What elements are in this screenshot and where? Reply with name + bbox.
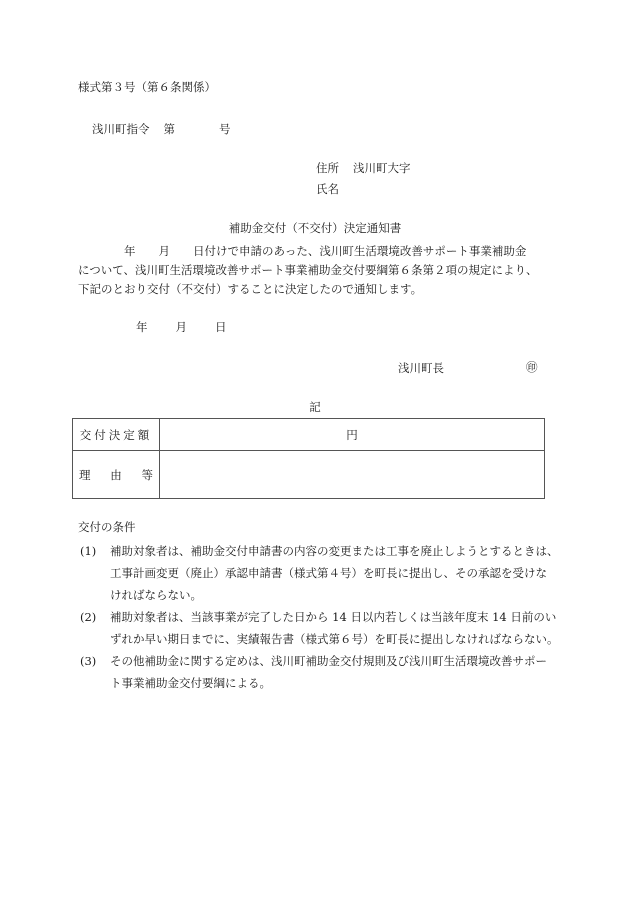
condition-line: ければならない。 [110, 584, 559, 606]
amount-value-cell: 円 [160, 419, 545, 451]
conditions-list: (1) 補助対象者は、補助金交付申請書の内容の変更または工事を廃止しようとすると… [80, 540, 555, 694]
amount-label: 交付決定額 [80, 428, 153, 442]
form-number: 様式第３号（第６条関係） [78, 82, 216, 94]
table-row: 交付決定額 円 [73, 419, 545, 451]
document-title: 補助金交付（不交付）決定通知書 [0, 223, 630, 235]
ki-heading: 記 [0, 402, 630, 414]
body-line: 年 月 日付けで申請のあった、浅川町生活環境改善サポート事業補助金 [78, 242, 548, 261]
recipient-address: 住所浅川町大字 [316, 163, 411, 175]
date-day: 日 [215, 320, 227, 334]
body-line: について、浅川町生活環境改善サポート事業補助金交付要綱第６条第２項の規定により、 [78, 261, 548, 280]
condition-line: 工事計画変更（廃止）承認申請書（様式第４号）を町長に提出し、その承認を受けな [110, 562, 559, 584]
table-row: 理 由 等 [73, 451, 545, 499]
condition-item: (2) 補助対象者は、当該事業が完了した日から 14 日以内若しくは当該年度末 … [80, 606, 555, 650]
date-year: 年 [136, 320, 148, 334]
condition-line: ずれか早い期日までに、実績報告書（様式第６号）を町長に提出しなければならない。 [110, 628, 559, 650]
condition-number: (3) [80, 650, 110, 694]
body-line: 下記のとおり交付（不交付）することに決定したので通知します。 [78, 280, 548, 299]
condition-item: (3) その他補助金に関する定めは、浅川町補助金交付規則及び浅川町生活環境改善サ… [80, 650, 555, 694]
condition-number: (1) [80, 540, 110, 606]
reference-dai: 第 [164, 122, 176, 136]
address-label: 住所 [316, 161, 339, 175]
conditions-heading: 交付の条件 [78, 522, 136, 534]
reference-go: 号 [219, 122, 231, 136]
seal-icon: ㊞ [526, 362, 538, 374]
reason-label-part: 由 [110, 467, 122, 483]
condition-line: 補助対象者は、補助金交付申請書の内容の変更または工事を廃止しようとするときは、 [110, 540, 559, 562]
reason-label-cell: 理 由 等 [73, 451, 160, 499]
condition-line: その他補助金に関する定めは、浅川町補助金交付規則及び浅川町生活環境改善サポー [110, 650, 555, 672]
condition-line: 補助対象者は、当該事業が完了した日から 14 日以内若しくは当該年度末 14 日… [110, 606, 559, 628]
reason-value-cell [160, 451, 545, 499]
reference-number: 浅川町指令第号 [92, 124, 231, 136]
condition-number: (2) [80, 606, 110, 650]
reference-prefix: 浅川町指令 [92, 122, 150, 136]
condition-item: (1) 補助対象者は、補助金交付申請書の内容の変更または工事を廃止しようとすると… [80, 540, 555, 606]
reason-label-part: 理 [79, 467, 91, 483]
decision-table: 交付決定額 円 理 由 等 [72, 418, 545, 499]
reason-label-part: 等 [142, 467, 154, 483]
issuer-title: 浅川町長 [398, 363, 444, 375]
recipient-name-label: 氏名 [316, 184, 339, 196]
condition-line: ト事業補助金交付要綱による。 [110, 672, 555, 694]
body-paragraph: 年 月 日付けで申請のあった、浅川町生活環境改善サポート事業補助金 について、浅… [78, 242, 548, 299]
amount-label-cell: 交付決定額 [73, 419, 160, 451]
address-value: 浅川町大字 [353, 161, 411, 175]
date-month: 月 [176, 320, 188, 334]
issue-date: 年月日 [136, 322, 227, 334]
